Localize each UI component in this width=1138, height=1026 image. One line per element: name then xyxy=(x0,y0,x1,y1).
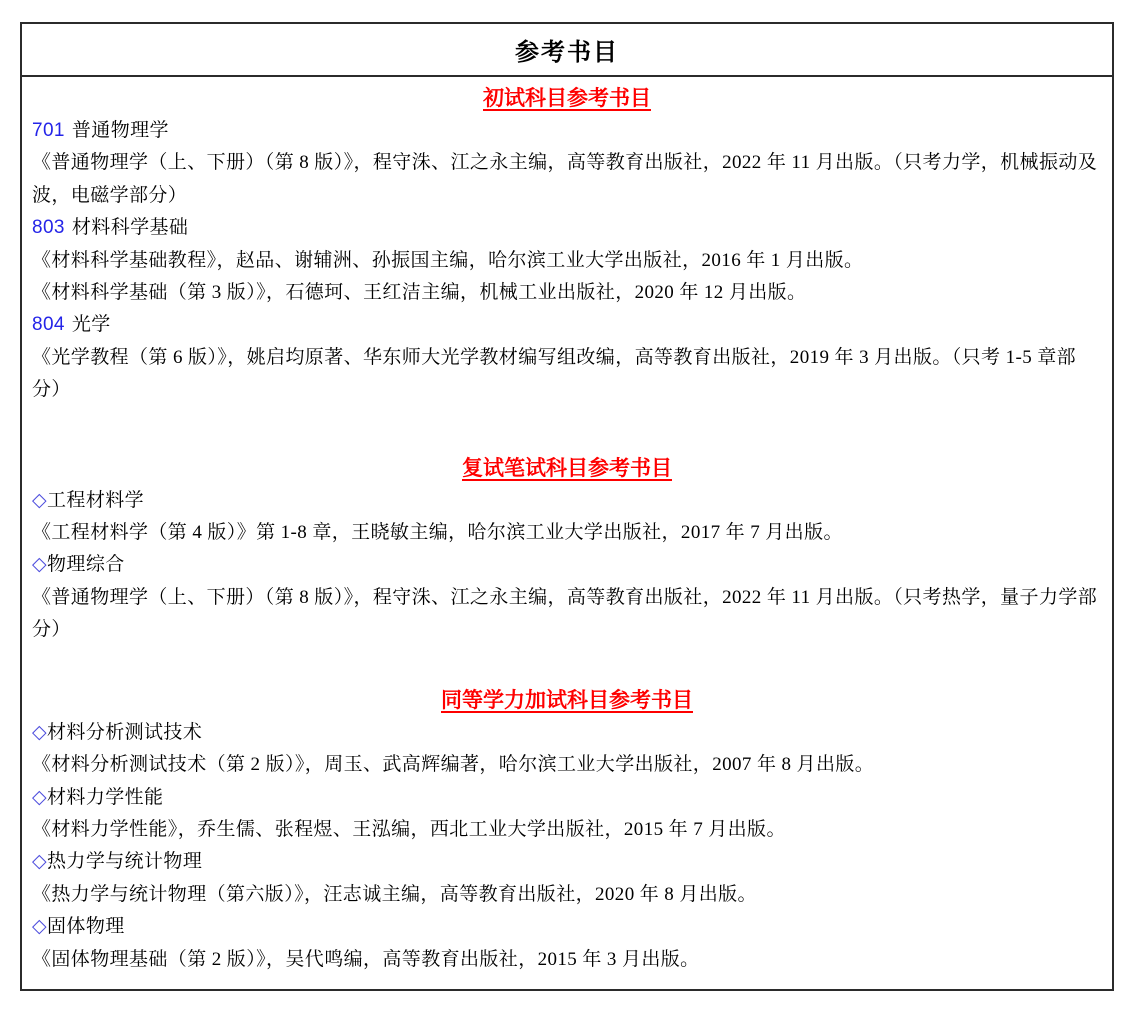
subject-line: 701普通物理学 xyxy=(32,115,1102,147)
section-equivalency-additional-exam: 同等学力加试科目参考书目 ◇材料分析测试技术 《材料分析测试技术（第 2 版）》… xyxy=(32,684,1102,976)
subject-name: 工程材料学 xyxy=(47,490,144,511)
subject-name: 热力学与统计物理 xyxy=(47,851,202,872)
subject-line: ◇材料力学性能 xyxy=(32,782,1102,814)
book-entry: 《普通物理学（上、下册）（第 8 版）》，程守洙、江之永主编，高等教育出版社，2… xyxy=(32,582,1102,647)
subject-name: 物理综合 xyxy=(47,554,125,575)
book-entry: 《工程材料学（第 4 版）》第 1-8 章，王晓敏主编，哈尔滨工业大学出版社，2… xyxy=(32,517,1102,549)
diamond-bullet-icon: ◇ xyxy=(32,787,47,808)
section-heading-equivalency-additional-exam: 同等学力加试科目参考书目 xyxy=(32,684,1102,717)
section-heading-retest-written-exam: 复试笔试科目参考书目 xyxy=(32,452,1102,485)
section-retest-written-exam: 复试笔试科目参考书目 ◇工程材料学 《工程材料学（第 4 版）》第 1-8 章，… xyxy=(32,452,1102,647)
diamond-bullet-icon: ◇ xyxy=(32,490,47,511)
subject-name: 材料科学基础 xyxy=(72,217,188,238)
section-heading-initial-exam: 初试科目参考书目 xyxy=(32,82,1102,115)
book-entry: 《光学教程（第 6 版）》，姚启均原著、华东师大光学教材编写组改编，高等教育出版… xyxy=(32,342,1102,407)
book-entry: 《热力学与统计物理（第六版）》，汪志诚主编，高等教育出版社，2020 年 8 月… xyxy=(32,879,1102,911)
book-entry: 《材料科学基础教程》，赵品、谢辅洲、孙振国主编，哈尔滨工业大学出版社，2016 … xyxy=(32,245,1102,277)
subject-line: ◇工程材料学 xyxy=(32,485,1102,517)
diamond-bullet-icon: ◇ xyxy=(32,722,47,743)
subject-line: ◇材料分析测试技术 xyxy=(32,717,1102,749)
subject-line: ◇物理综合 xyxy=(32,549,1102,581)
table-title-row: 参考书目 xyxy=(22,24,1112,77)
course-code: 701 xyxy=(32,120,65,141)
subject-name: 固体物理 xyxy=(47,916,125,937)
subject-name: 材料分析测试技术 xyxy=(47,722,202,743)
subject-name: 光学 xyxy=(72,314,111,335)
diamond-bullet-icon: ◇ xyxy=(32,916,47,937)
book-entry: 《固体物理基础（第 2 版）》，吴代鸣编，高等教育出版社，2015 年 3 月出… xyxy=(32,944,1102,976)
course-code: 803 xyxy=(32,217,65,238)
subject-name: 材料力学性能 xyxy=(47,787,163,808)
reference-book-table: 参考书目 初试科目参考书目 701普通物理学 《普通物理学（上、下册）（第 8 … xyxy=(20,22,1114,991)
book-entry: 《材料科学基础（第 3 版）》，石德珂、王红洁主编，机械工业出版社，2020 年… xyxy=(32,277,1102,309)
subject-line: ◇热力学与统计物理 xyxy=(32,846,1102,878)
book-entry: 《材料分析测试技术（第 2 版）》，周玉、武高辉编著，哈尔滨工业大学出版社，20… xyxy=(32,749,1102,781)
subject-name: 普通物理学 xyxy=(72,120,169,141)
book-entry: 《普通物理学（上、下册）（第 8 版）》，程守洙、江之永主编，高等教育出版社，2… xyxy=(32,147,1102,212)
subject-line: 803材料科学基础 xyxy=(32,212,1102,244)
subject-line: 804光学 xyxy=(32,309,1102,341)
section-initial-exam: 初试科目参考书目 701普通物理学 《普通物理学（上、下册）（第 8 版）》，程… xyxy=(32,82,1102,407)
diamond-bullet-icon: ◇ xyxy=(32,851,47,872)
course-code: 804 xyxy=(32,314,65,335)
page-title: 参考书目 xyxy=(515,32,619,67)
table-body: 初试科目参考书目 701普通物理学 《普通物理学（上、下册）（第 8 版）》，程… xyxy=(22,77,1112,989)
subject-line: ◇固体物理 xyxy=(32,911,1102,943)
book-entry: 《材料力学性能》，乔生儒、张程煜、王泓编，西北工业大学出版社，2015 年 7 … xyxy=(32,814,1102,846)
diamond-bullet-icon: ◇ xyxy=(32,554,47,575)
